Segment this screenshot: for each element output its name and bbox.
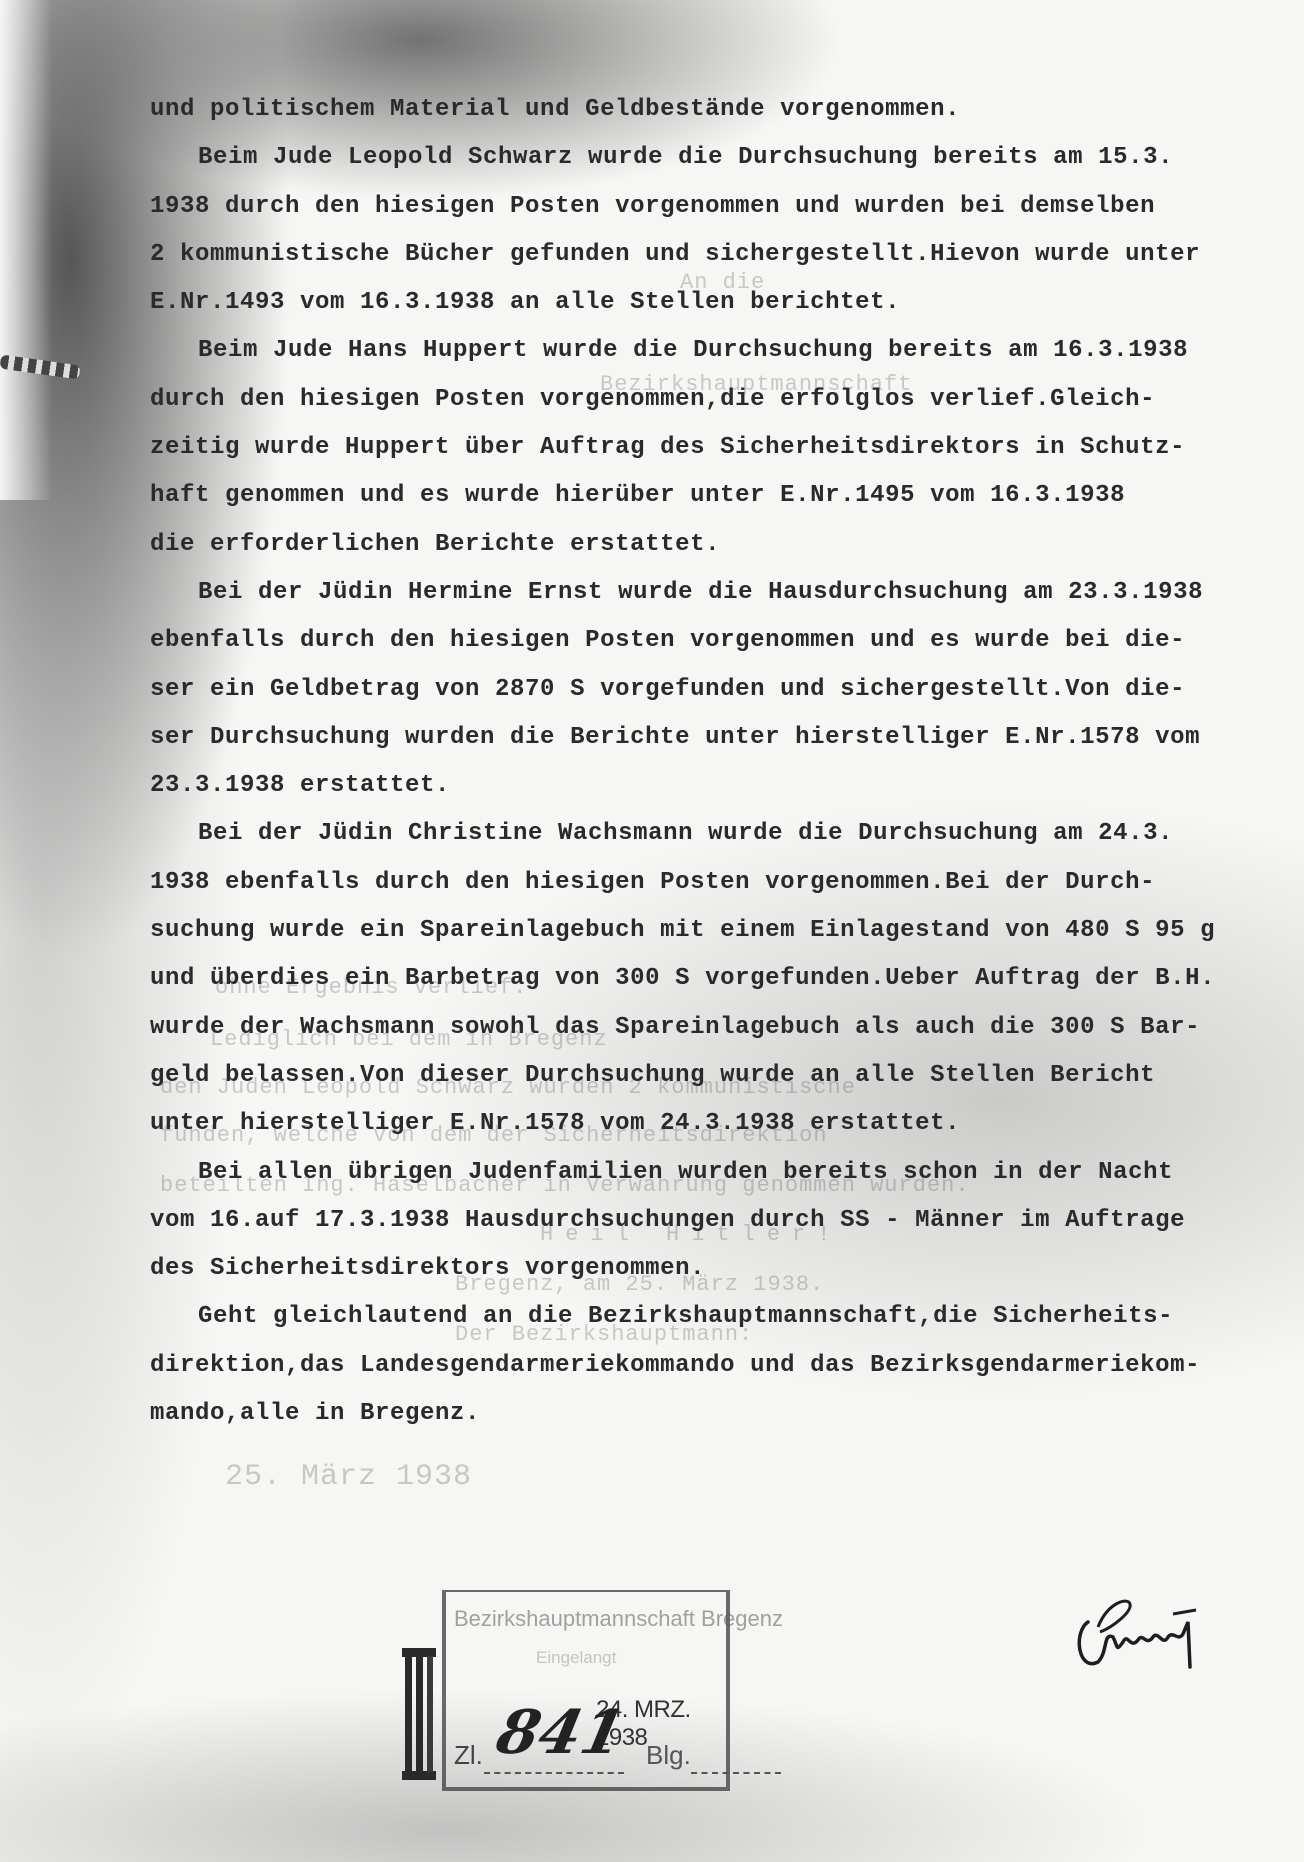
text-line: ser ein Geldbetrag von 2870 S vorgefunde… — [150, 666, 1290, 714]
text-line: 2 kommunistische Bücher gefunden und sic… — [150, 231, 1290, 279]
text-line: ebenfalls durch den hiesigen Posten vorg… — [150, 617, 1290, 665]
stamp-subtitle: Eingelangt — [536, 1648, 616, 1668]
text-line: vom 16.auf 17.3.1938 Hausdurchsuchungen … — [150, 1197, 1290, 1245]
text-line: suchung wurde ein Spareinlagebuch mit ei… — [150, 907, 1290, 955]
stamp-rule — [484, 1772, 624, 1774]
text-line: Bei allen übrigen Judenfamilien wurden b… — [150, 1149, 1290, 1197]
text-line: geld belassen.Von dieser Durchsuchung wu… — [150, 1052, 1290, 1100]
page-shadow — [0, 0, 130, 500]
text-line: Beim Jude Hans Huppert wurde die Durchsu… — [150, 327, 1290, 375]
text-line: des Sicherheitsdirektors vorgenommen. — [150, 1245, 1290, 1293]
stamp-blg-label: Blg. — [646, 1740, 691, 1771]
text-line: die erforderlichen Berichte erstattet. — [150, 521, 1290, 569]
text-line: wurde der Wachsmann sowohl das Spareinla… — [150, 1004, 1290, 1052]
stamp-office: Bezirkshauptmannschaft Bregenz — [454, 1606, 783, 1632]
text-line: ser Durchsuchung wurden die Berichte unt… — [150, 714, 1290, 762]
text-line: mando,alle in Bregenz. — [150, 1390, 1290, 1438]
text-line: Geht gleichlautend an die Bezirkshauptma… — [150, 1293, 1290, 1341]
text-line: 1938 ebenfalls durch den hiesigen Posten… — [150, 859, 1290, 907]
bleed-text: 25. März 1938 — [225, 1460, 472, 1494]
text-line: und überdies ein Barbetrag von 300 S vor… — [150, 955, 1290, 1003]
text-line: Bei der Jüdin Hermine Ernst wurde die Ha… — [150, 569, 1290, 617]
text-line: durch den hiesigen Posten vorgenommen,di… — [150, 376, 1290, 424]
text-line: 1938 durch den hiesigen Posten vorgenomm… — [150, 183, 1290, 231]
text-line: 23.3.1938 erstattet. — [150, 762, 1290, 810]
stamp-rule — [691, 1772, 781, 1774]
document-page: An die Bezirkshauptmannschaft ohne Ergeb… — [0, 0, 1304, 1862]
signature-icon — [1068, 1592, 1248, 1682]
text-line: Bei der Jüdin Christine Wachsmann wurde … — [150, 810, 1290, 858]
text-line: direktion,das Landesgendarmeriekommando … — [150, 1342, 1290, 1390]
text-line: haft genommen und es wurde hierüber unte… — [150, 472, 1290, 520]
receipt-stamp: Bezirkshauptmannschaft Bregenz Eingelang… — [442, 1590, 730, 1791]
text-line: zeitig wurde Huppert über Auftrag des Si… — [150, 424, 1290, 472]
text-line: unter hierstelliger E.Nr.1578 vom 24.3.1… — [150, 1100, 1290, 1148]
stamp-file-number: 841 — [491, 1698, 631, 1768]
text-line: Beim Jude Leopold Schwarz wurde die Durc… — [150, 134, 1290, 182]
stamp-zl-label: Zl. — [454, 1740, 483, 1771]
roman-numeral-three-mark — [402, 1648, 436, 1780]
letter-body: und politischem Material und Geldbeständ… — [150, 86, 1290, 1438]
text-line: E.Nr.1493 vom 16.3.1938 an alle Stellen … — [150, 279, 1290, 327]
text-line: und politischem Material und Geldbeständ… — [150, 86, 1290, 134]
